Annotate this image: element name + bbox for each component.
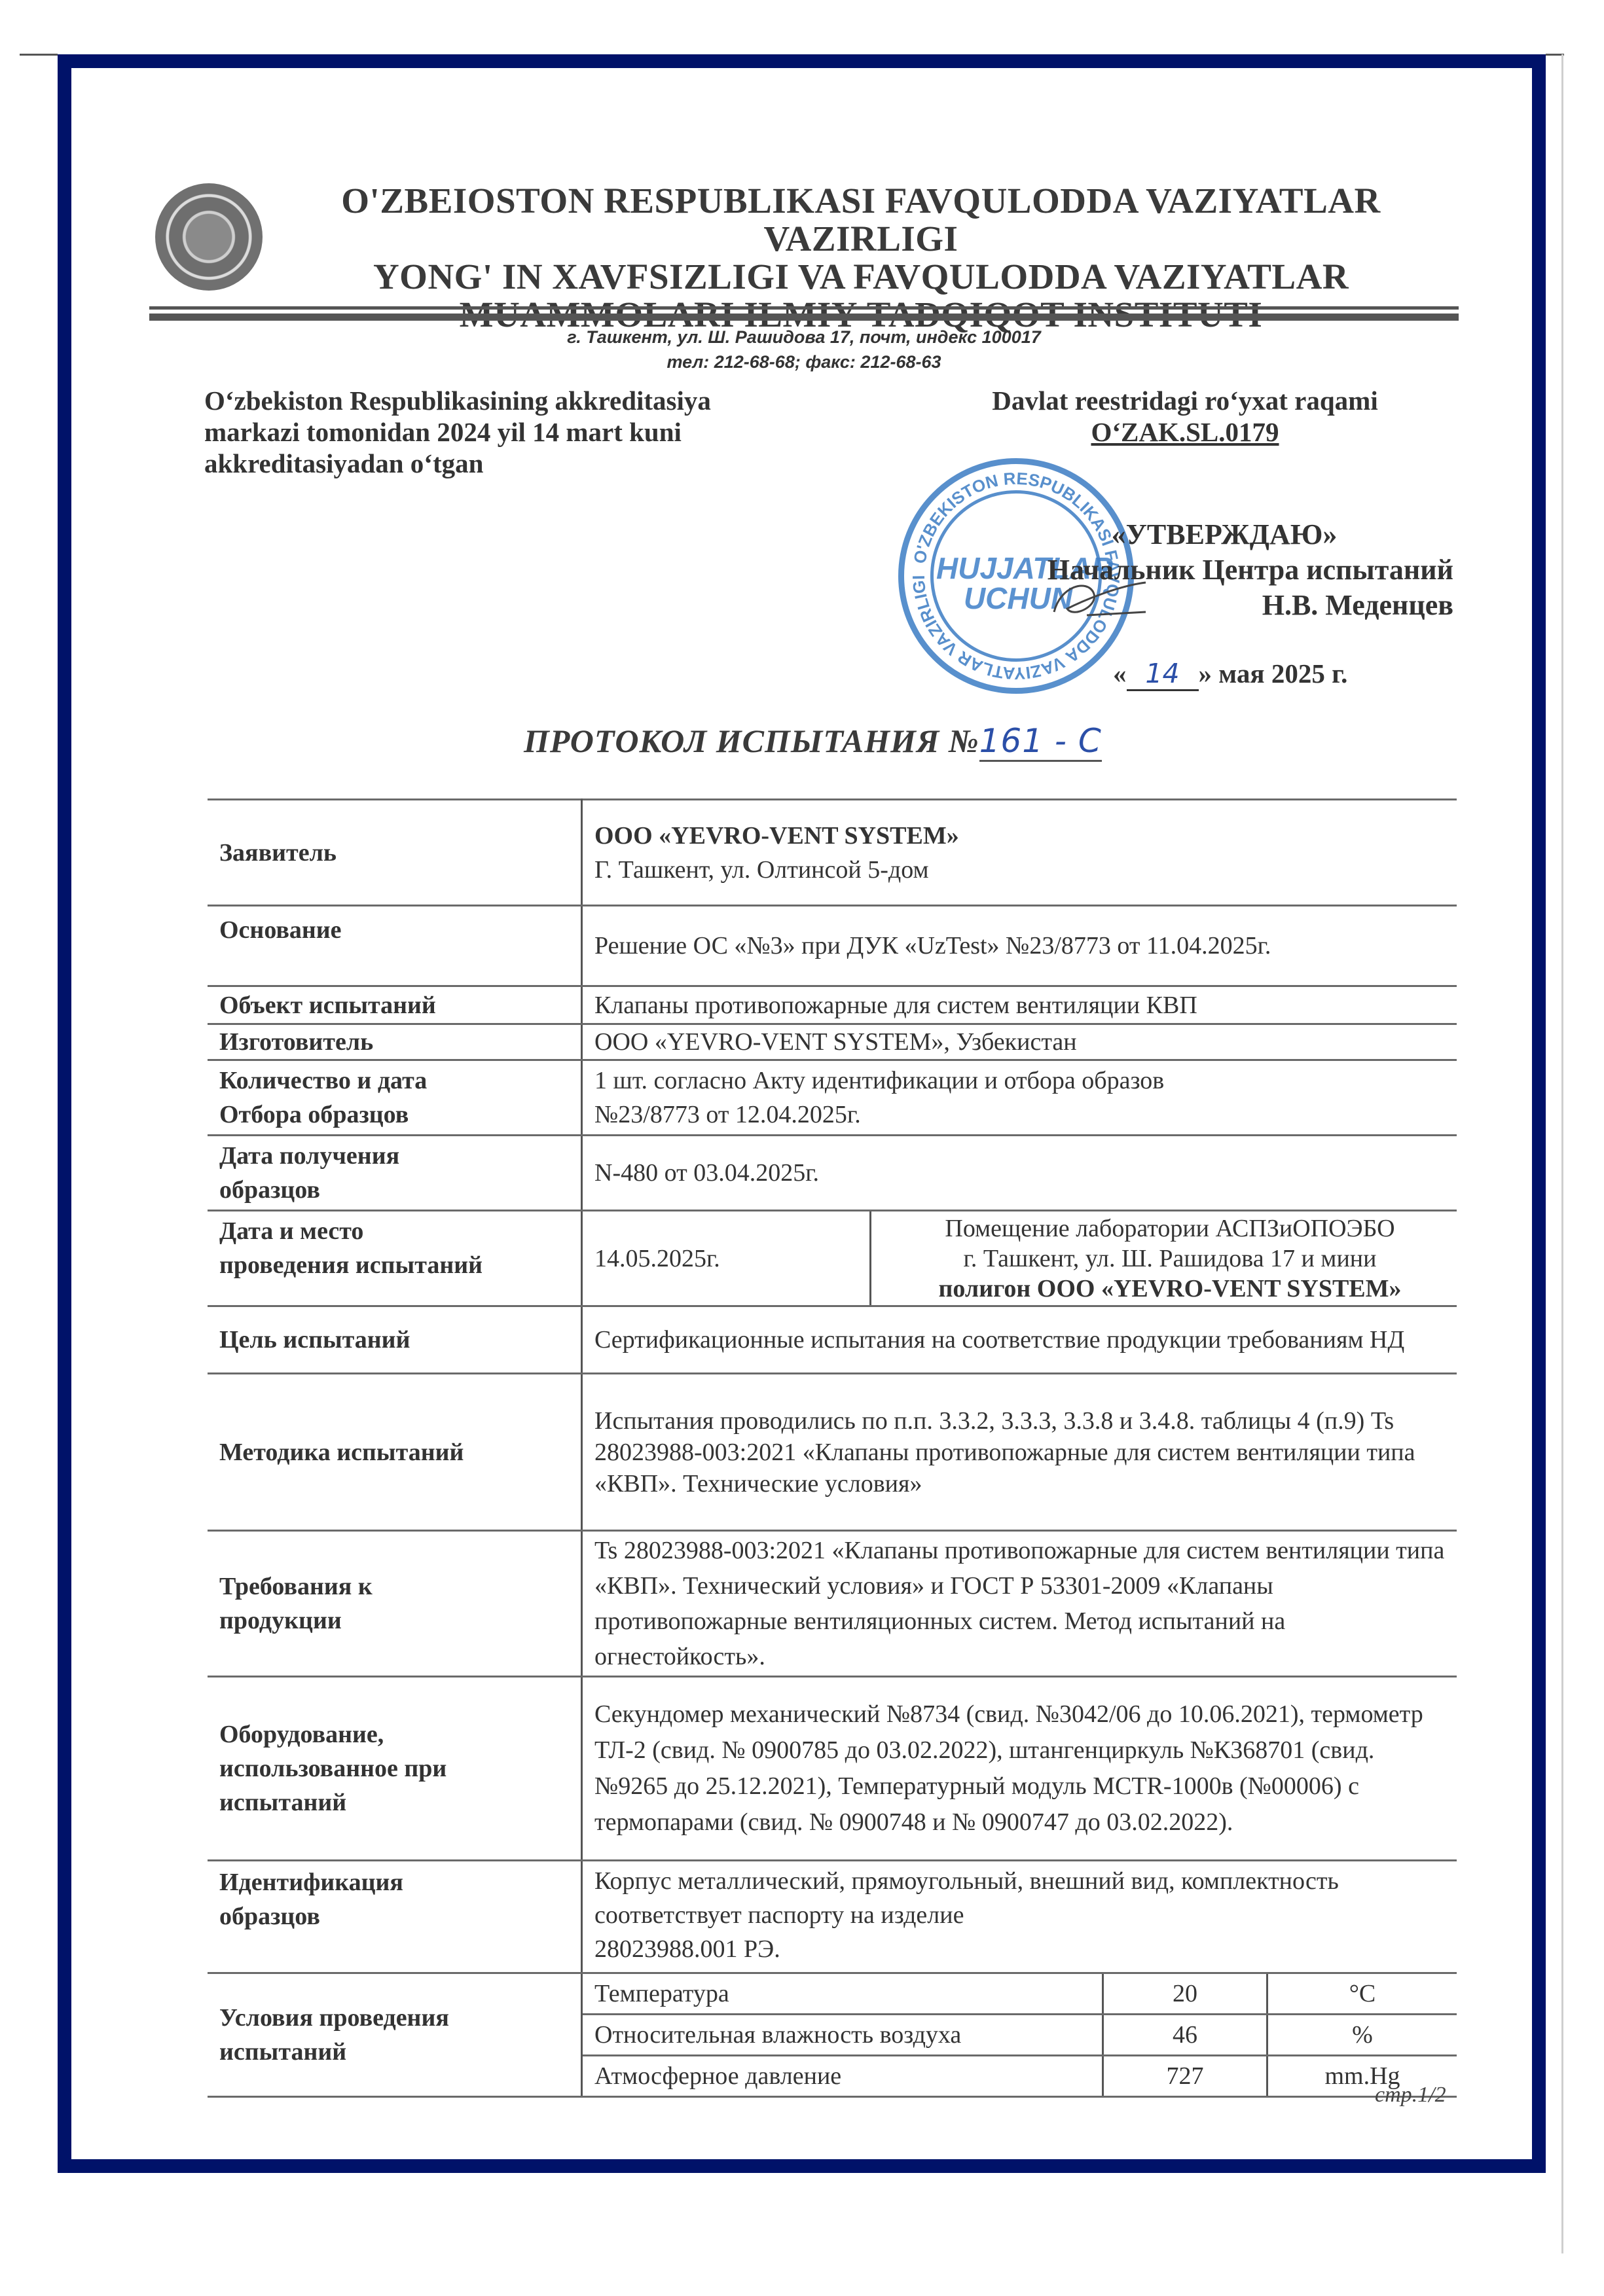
registry-label: Davlat reestridagi ro‘yxat raqami (917, 385, 1453, 416)
approval-month-year: » мая 2025 г. (1199, 658, 1348, 689)
place-line: г. Ташкент, ул. Ш. Рашидова 17 и мини (883, 1244, 1457, 1274)
label-line: образцов (219, 1899, 581, 1933)
condition-value: 20 (1103, 1974, 1267, 2015)
scan-edge-mark (20, 54, 58, 56)
row-label: Цель испытаний (208, 1306, 582, 1374)
label-line: проведения испытаний (219, 1248, 581, 1282)
header-rule-thick (149, 314, 1459, 321)
row-label: Количество и дата Отбора образцов (208, 1060, 582, 1136)
row-value: Клапаны противопожарные для систем венти… (582, 986, 1457, 1024)
row-label: Требования к продукции (208, 1531, 582, 1677)
condition-value: 727 (1103, 2056, 1267, 2096)
registry-block: Davlat reestridagi ro‘yxat raqami O‘ZAK.… (917, 385, 1453, 448)
table-row: Дата и место проведения испытаний 14.05.… (208, 1211, 1457, 1306)
table-row: Основание Решение ОС «№3» при ДУК «UzTes… (208, 906, 1457, 986)
table-row: Изготовитель ООО «YEVRO-VENT SYSTEM», Уз… (208, 1024, 1457, 1060)
applicant-address: Г. Ташкент, ул. Олтинсой 5-дом (594, 853, 1451, 887)
label-line: Количество и дата (219, 1064, 581, 1098)
condition-unit: % (1267, 2015, 1457, 2056)
row-value: N-480 от 03.04.2025г. (582, 1136, 1457, 1211)
value-line: 28023988.001 РЭ. (594, 1932, 1451, 1966)
page-number: стр.1/2 (1375, 2083, 1446, 2108)
table-row: Количество и дата Отбора образцов 1 шт. … (208, 1060, 1457, 1136)
approver-name: Н.В. Меденцев (969, 588, 1453, 623)
organization-address: г. Ташкент, ул. Ш. Рашидова 17, почт, ин… (149, 325, 1459, 374)
conditions-subtable: Температура 20 °C Относительная влажност… (583, 1974, 1457, 2096)
row-value: Испытания проводились по п.п. 3.3.2, 3.3… (582, 1374, 1457, 1531)
condition-row: Температура 20 °C (583, 1974, 1457, 2015)
protocol-title-text: ПРОТОКОЛ ИСПЫТАНИЯ № (524, 723, 979, 759)
row-value: Решение ОС «№3» при ДУК «UzTest» №23/877… (582, 906, 1457, 986)
date-place-subtable: 14.05.2025г. Помещение лаборатории АСПЗи… (583, 1211, 1457, 1305)
org-line-2: YONG' IN XAVFSIZLIGI VA FAVQULODDA VAZIY… (262, 258, 1460, 296)
accreditation-line: markazi tomonidan 2024 yil 14 mart kuni (204, 416, 859, 448)
condition-name: Относительная влажность воздуха (583, 2015, 1103, 2056)
row-value: 14.05.2025г. Помещение лаборатории АСПЗи… (582, 1211, 1457, 1306)
accreditation-line: O‘zbekiston Respublikasining akkreditasi… (204, 385, 859, 416)
row-label: Дата получения образцов (208, 1136, 582, 1211)
organization-name: O'ZBEIOSTON RESPUBLIKASI FAVQULODDA VAZI… (262, 182, 1460, 334)
approver-position: Начальник Центра испытаний (969, 552, 1453, 588)
value-line: соответствует паспорту на изделие (594, 1898, 1451, 1932)
row-value: Ts 28023988-003:2021 «Клапаны противопож… (582, 1531, 1457, 1677)
value-line: №23/8773 от 12.04.2025г. (594, 1098, 1451, 1132)
condition-unit: °C (1267, 1974, 1457, 2015)
table-row: Требования к продукции Ts 28023988-003:2… (208, 1531, 1457, 1677)
label-line: Дата и место (219, 1214, 581, 1248)
approval-date: «14» мая 2025 г. (1113, 658, 1347, 691)
protocol-number-handwritten: 161 - С (979, 722, 1102, 762)
row-value: 1 шт. согласно Акту идентификации и отбо… (582, 1060, 1457, 1136)
protocol-table: Заявитель ООО «YEVRO-VENT SYSTEM» Г. Таш… (208, 798, 1457, 2098)
registry-code: O‘ZAK.SL.0179 (1091, 417, 1279, 447)
table-row: Заявитель ООО «YEVRO-VENT SYSTEM» Г. Таш… (208, 800, 1457, 906)
condition-name: Температура (583, 1974, 1103, 2015)
label-line: Дата получения (219, 1139, 581, 1173)
label-line: Отбора образцов (219, 1098, 581, 1132)
row-label: Заявитель (208, 800, 582, 906)
condition-row: Атмосферное давление 727 mm.Hg (583, 2056, 1457, 2096)
table-row: Методика испытаний Испытания проводились… (208, 1374, 1457, 1531)
accreditation-note: O‘zbekiston Respublikasining akkreditasi… (204, 385, 859, 479)
row-value: ООО «YEVRO-VENT SYSTEM» Г. Ташкент, ул. … (582, 800, 1457, 906)
condition-value: 46 (1103, 2015, 1267, 2056)
label-line: испытаний (219, 1785, 581, 1820)
approval-block: «УТВЕРЖДАЮ» Начальник Центра испытаний Н… (969, 517, 1453, 623)
place-line: Помещение лаборатории АСПЗиОПОЭБО (883, 1213, 1457, 1244)
place-line: полигон ООО «YEVRO-VENT SYSTEM» (883, 1274, 1457, 1304)
row-value: Корпус металлический, прямоугольный, вне… (582, 1861, 1457, 1973)
condition-name: Атмосферное давление (583, 2056, 1103, 2096)
row-label: Объект испытаний (208, 986, 582, 1024)
table-row: Цель испытаний Сертификационные испытани… (208, 1306, 1457, 1374)
row-value: Секундомер механический №8734 (свид. №30… (582, 1677, 1457, 1861)
value-line: Корпус металлический, прямоугольный, вне… (594, 1864, 1451, 1898)
row-label: Идентификация образцов (208, 1861, 582, 1973)
label-line: образцов (219, 1173, 581, 1207)
table-row: Оборудование, использованное при испытан… (208, 1677, 1457, 1861)
condition-row: Относительная влажность воздуха 46 % (583, 2015, 1457, 2056)
value-line: 1 шт. согласно Акту идентификации и отбо… (594, 1064, 1451, 1098)
row-value: ООО «YEVRO-VENT SYSTEM», Узбекистан (582, 1024, 1457, 1060)
row-value: Сертификационные испытания на соответств… (582, 1306, 1457, 1374)
scan-edge-line (1561, 54, 1563, 2253)
state-emblem-icon (155, 183, 263, 291)
header-rule-thin (149, 306, 1459, 310)
table-row: Объект испытаний Клапаны противопожарные… (208, 986, 1457, 1024)
handwritten-signature-icon (1048, 573, 1152, 625)
row-label: Методика испытаний (208, 1374, 582, 1531)
org-line-1: O'ZBEIOSTON RESPUBLIKASI FAVQULODDA VAZI… (262, 182, 1460, 258)
phone-fax-line: тел: 212-68-68; факс: 212-68-63 (149, 350, 1459, 374)
conditions-cell: Температура 20 °C Относительная влажност… (582, 1973, 1457, 2097)
label-line: Идентификация (219, 1865, 581, 1899)
label-line: использованное при (219, 1751, 581, 1785)
accreditation-line: akkreditasiyadan o‘tgan (204, 448, 859, 479)
label-line: продукции (219, 1604, 581, 1638)
label-line: Требования к (219, 1570, 581, 1604)
quote-open: « (1113, 658, 1127, 689)
label-line: Условия проведения (219, 2001, 581, 2035)
address-line: г. Ташкент, ул. Ш. Рашидова 17, почт, ин… (149, 325, 1459, 350)
row-label: Дата и место проведения испытаний (208, 1211, 582, 1306)
table-row: Идентификация образцов Корпус металличес… (208, 1861, 1457, 1973)
approval-day-handwritten: 14 (1127, 658, 1199, 691)
label-line: испытаний (219, 2035, 581, 2069)
row-label: Оборудование, использованное при испытан… (208, 1677, 582, 1861)
row-label: Основание (208, 906, 582, 986)
row-label: Изготовитель (208, 1024, 582, 1060)
approval-title: «УТВЕРЖДАЮ» (969, 517, 1453, 552)
protocol-title: ПРОТОКОЛ ИСПЫТАНИЯ №161 - С (524, 722, 1102, 762)
test-date: 14.05.2025г. (583, 1211, 871, 1305)
test-place: Помещение лаборатории АСПЗиОПОЭБО г. Таш… (871, 1211, 1457, 1305)
label-line: Оборудование, (219, 1717, 581, 1751)
applicant-name: ООО «YEVRO-VENT SYSTEM» (594, 819, 1451, 853)
table-row: Дата получения образцов N-480 от 03.04.2… (208, 1136, 1457, 1211)
row-label: Условия проведения испытаний (208, 1973, 582, 2097)
table-row: Условия проведения испытаний Температура… (208, 1973, 1457, 2097)
